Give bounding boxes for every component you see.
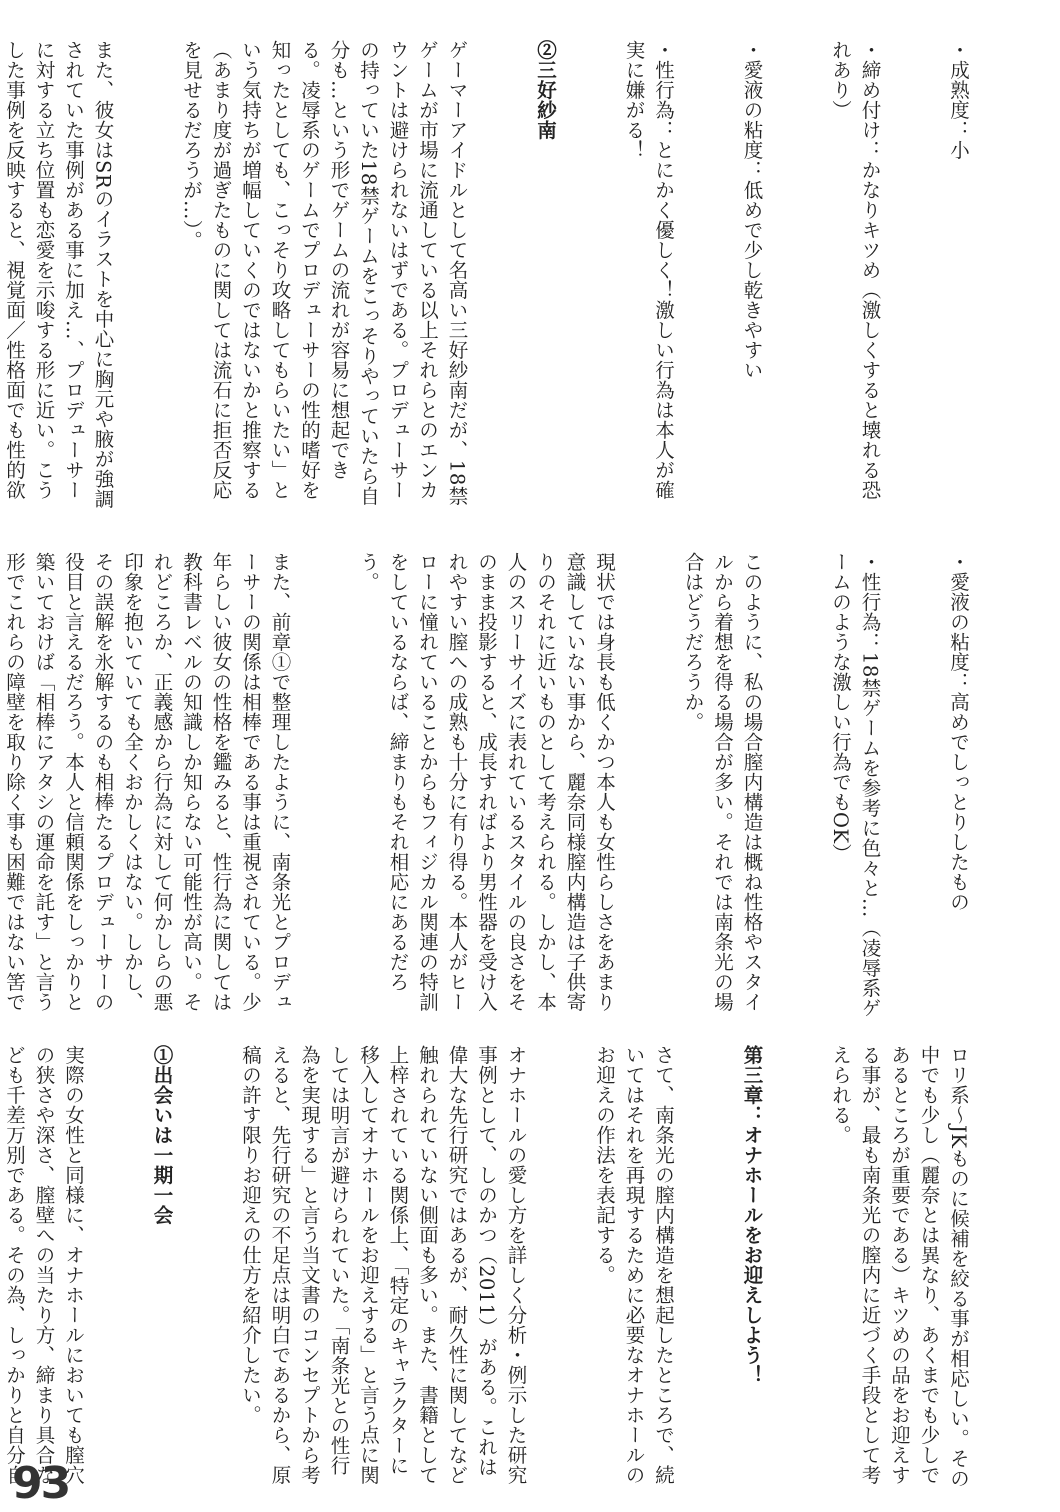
paragraph: オナホールの愛し方を詳しく分析・例示した研究事例として、しのかつ（2011）があ… [236,1045,531,1495]
chapter-heading: 第三章：オナホールをお迎えしよう！ [737,1045,767,1495]
paragraph: ロリ系〜JKものに候補を絞る事が相応しい。その中でも少し（麗奈とは異なり、あくま… [826,1045,974,1495]
paragraph: 実際の女性と同様に、オナホールにおいても膣穴の狭さや深さ、膣壁への当たり方、締ま… [0,1045,88,1495]
paragraph: このように、私の場合膣内構造は概ね性格やスタイルから着想を得る場合が多い。それで… [678,552,767,1022]
paragraph: さて、南条光の膣内構造を想起したところで、続いてはそれを再現するために必要なオナ… [590,1045,679,1495]
paragraph: ・性行為：とにかく優しく！激しい行為は本人が確実に嫌がる！ [619,40,678,510]
paragraph: ・愛液の粘度：高めでしっとりしたもの [944,552,974,1022]
section-heading: ②三好紗南 [531,40,561,510]
text-block-top: ・成熟度：小 ・締め付け：かなりキツめ（激しくすると壊れる恐れあり） ・愛液の粘… [32,40,1032,510]
section-heading: ①出会いは一期一会 [147,1045,177,1495]
paragraph: ・締め付け：かなりキツめ（激しくすると壊れる恐れあり） [826,40,885,510]
text-block-bottom: ロリ系〜JKものに候補を絞る事が相応しい。その中でも少し（麗奈とは異なり、あくま… [32,1045,1032,1495]
paragraph: また、前章①で整理したように、南条光とプロデューサーの関係は相棒である事は重視さ… [0,552,295,1022]
paragraph: ゲーマーアイドルとして名高い三好紗南だが、18禁ゲームが市場に流通している以上そ… [177,40,472,510]
paragraph: 現状では身長も低くかつ本人も女性らしさをあまり意識していない事から、麗奈同様膣内… [354,552,620,1022]
paragraph: ・成熟度：小 [944,40,974,510]
paragraph: ・愛液の粘度：低めで少し乾きやすい [737,40,767,510]
page-number: 93 [12,1458,69,1509]
paragraph: また、彼女はSRのイラストを中心に胸元や腋が強調されていた事例がある事に加え…、… [0,40,118,510]
text-block-middle: ・愛液の粘度：高めでしっとりしたもの ・性行為：18禁ゲームを参考に色々と…（凌… [32,552,1032,1022]
paragraph: ・性行為：18禁ゲームを参考に色々と…（凌辱系ゲームのような激しい行為でもOK） [826,552,885,1022]
